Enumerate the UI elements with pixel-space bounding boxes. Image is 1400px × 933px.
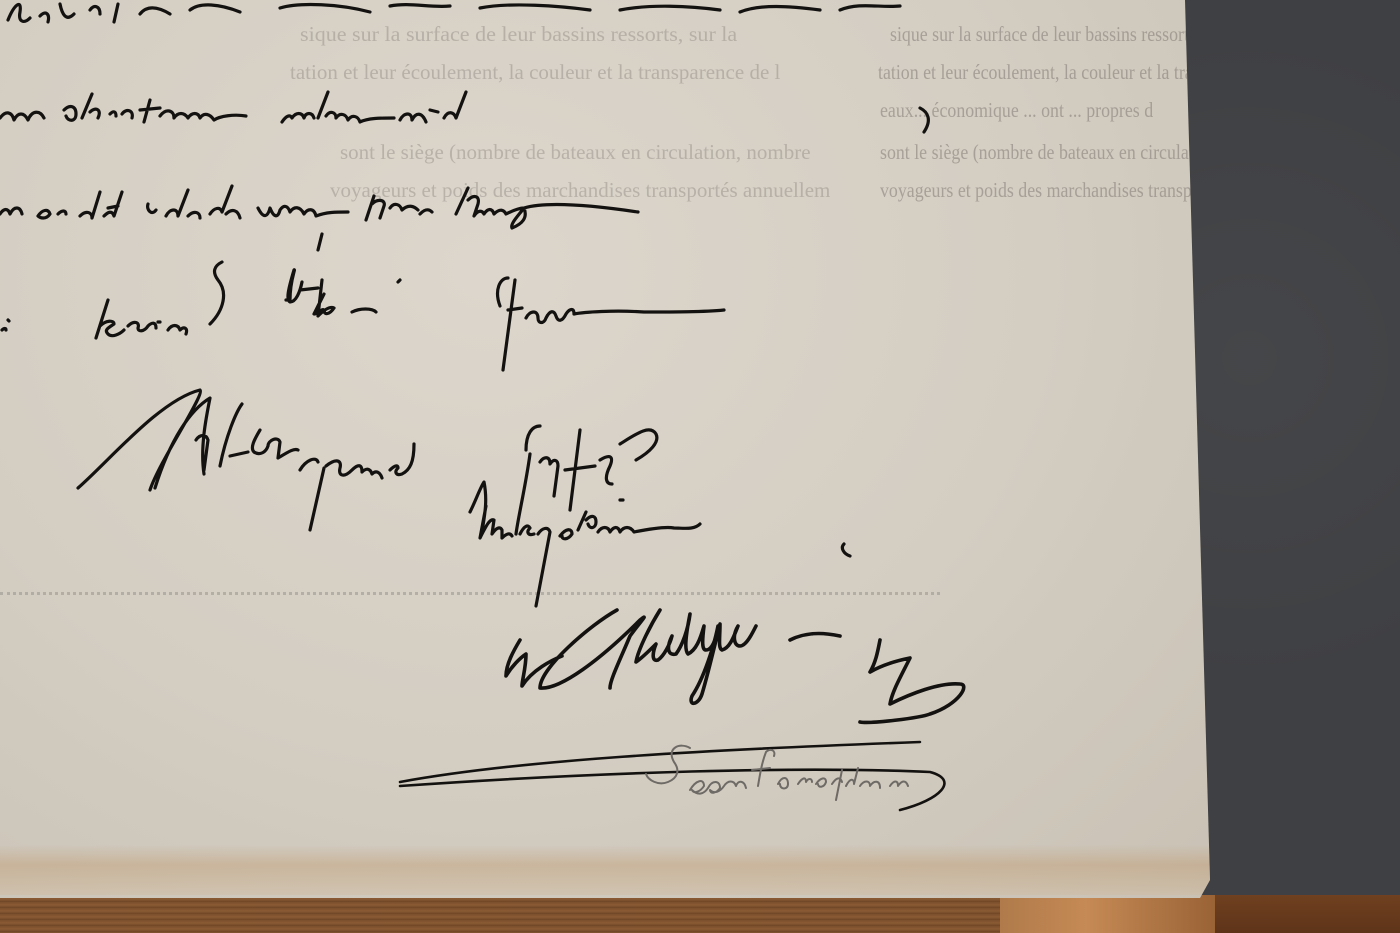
handwriting-line-3 bbox=[0, 186, 638, 228]
handwriting-line-2 bbox=[0, 92, 928, 132]
handwriting-line-1 bbox=[8, 4, 900, 22]
handwriting-line-6 bbox=[470, 482, 850, 606]
handwriting-line-5 bbox=[78, 390, 657, 534]
signature bbox=[506, 610, 964, 722]
stroke-accent bbox=[318, 234, 322, 250]
handwriting-line-4 bbox=[2, 262, 724, 370]
handwriting-layer bbox=[0, 0, 1400, 933]
